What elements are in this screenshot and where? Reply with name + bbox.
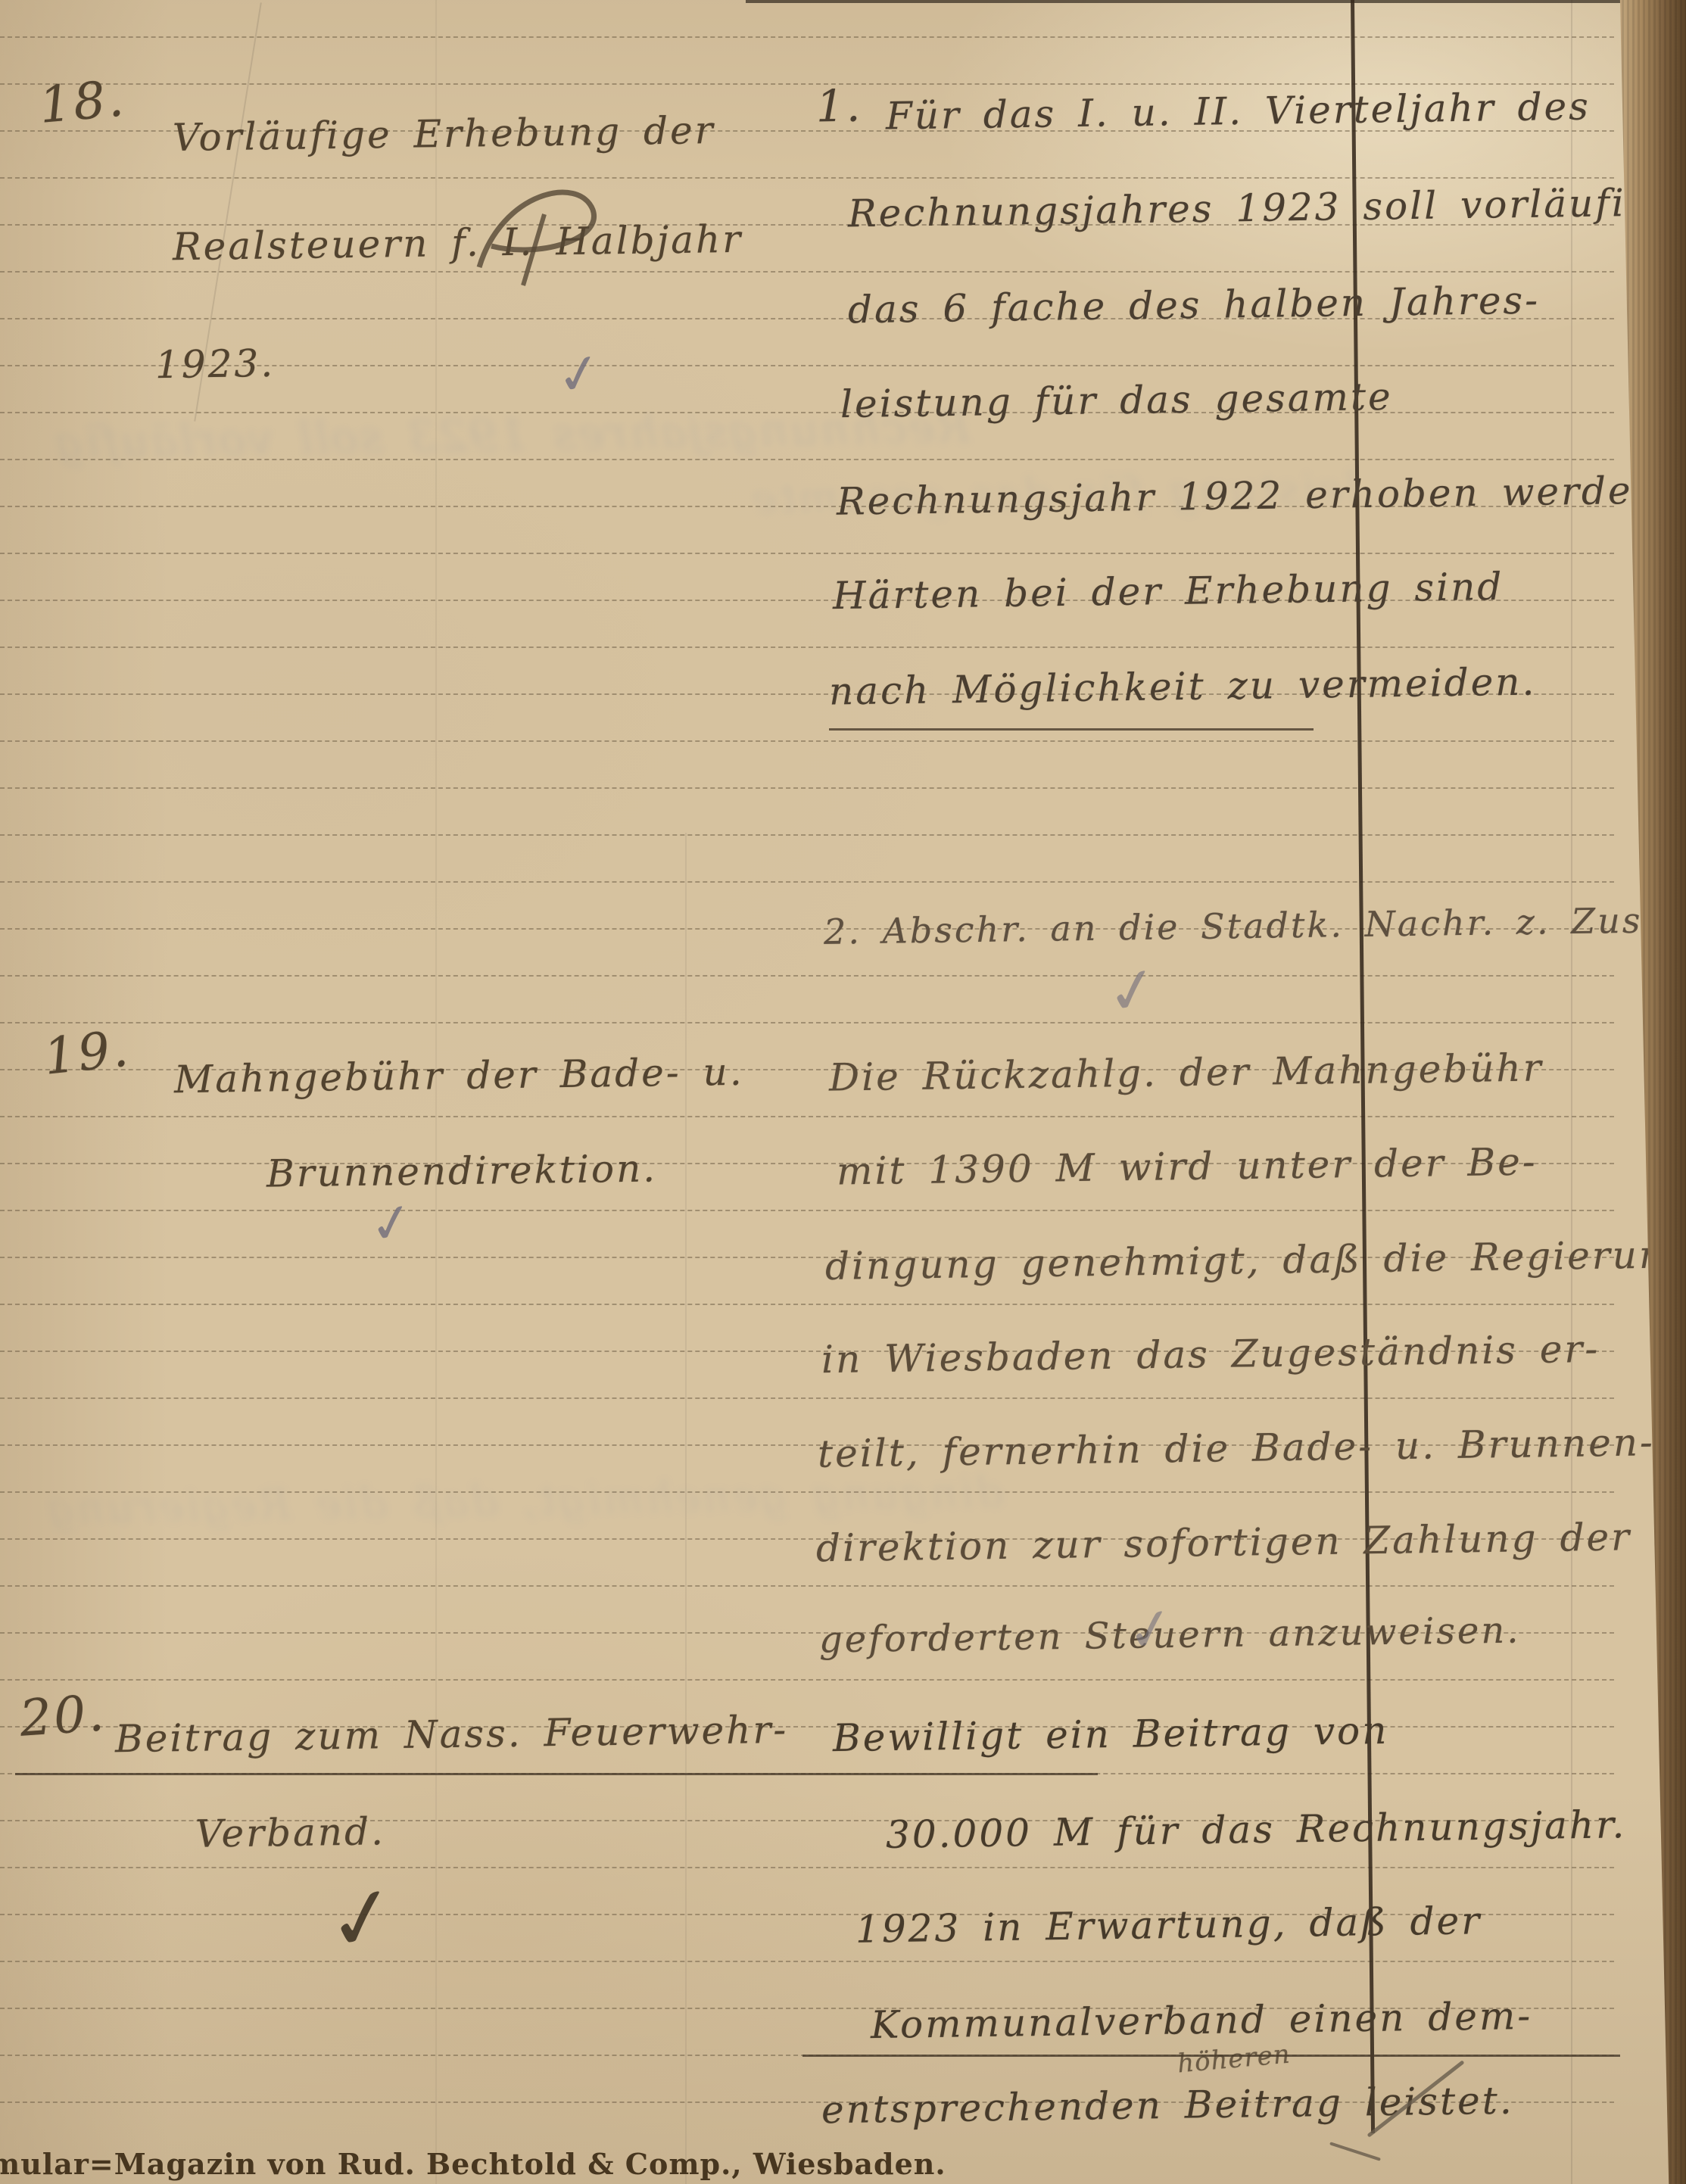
ruled-line	[0, 271, 1614, 273]
ledger-page: Rechnungsjahres 1923 soll vorläufig leis…	[0, 0, 1686, 2184]
ink-bleed-through: dingung genehmigt, daß die Regierung	[45, 1468, 1004, 1534]
ruled-line	[0, 1022, 1614, 1023]
entry-number: 20.	[17, 1684, 108, 1748]
subject-line: Mahngebühr der Bade- u.	[174, 1050, 744, 1102]
resolution-line: 1923 in Erwartung, daß der	[855, 1899, 1482, 1952]
approval-check-icon: ✓	[319, 1865, 406, 1974]
ruled-line	[0, 975, 1614, 977]
resolution-line: Die Rückzahlg. der Mahngebühr	[829, 1045, 1544, 1099]
ruled-line	[0, 646, 1614, 648]
subject-line: Brunnendirektion.	[266, 1146, 658, 1195]
approval-check-icon: ✓	[551, 338, 607, 409]
subject-line: Beitrag zum Nass. Feuerwehr-	[115, 1708, 789, 1761]
resolution-line: Kommunalverband einen dem-	[871, 1994, 1533, 2047]
ruled-line	[0, 787, 1614, 789]
ruled-line	[0, 36, 1614, 38]
resolution-line: das 6 fache des halben Jahres-	[848, 279, 1541, 332]
ruled-line	[0, 83, 1614, 85]
ruled-line	[0, 1585, 1614, 1587]
resolution-number: 1.	[816, 80, 863, 132]
ink-underline	[802, 2055, 1620, 2057]
ink-underline	[829, 728, 1314, 731]
resolution-line: Bewilligt ein Beitrag von	[833, 1709, 1389, 1760]
approval-check-icon: ✓	[364, 1189, 419, 1258]
ruled-line	[0, 881, 1614, 883]
approval-check-icon: ✓	[1101, 952, 1164, 1031]
ruled-line	[0, 1304, 1614, 1305]
ink-underline	[15, 1773, 1098, 1775]
subject-line: Vorläufige Erhebung der	[173, 108, 715, 160]
ruled-line	[0, 1397, 1614, 1399]
ruled-line	[0, 834, 1614, 836]
resolution-line: nach Möglichkeit zu vermeiden.	[829, 659, 1537, 713]
page-edge	[1611, 0, 1686, 2184]
footer-imprint: mular=Magazin von Rud. Bechtold & Comp.,…	[0, 2147, 946, 2181]
resolution-line: in Wiesbaden das Zugeständnis er-	[821, 1327, 1600, 1382]
ruled-line	[0, 177, 1614, 179]
resolution-line: 30.000 M für das Rechnungsjahr.	[886, 1802, 1627, 1857]
ruled-line	[0, 1116, 1614, 1117]
subject-line: Realsteuern f. I. Halbjahr	[173, 217, 743, 269]
ruled-line	[0, 1679, 1614, 1681]
resolution-line: direktion zur sofortigen Zahlung der an-	[816, 1514, 1686, 1571]
resolution-line: dingung genehmigt, daß die Regierung	[825, 1232, 1686, 1288]
header-rule	[746, 0, 1622, 3]
inserted-word: höheren	[1176, 2039, 1292, 2080]
resolution-line: Rechnungsjahres 1923 soll vorläufig	[848, 181, 1653, 236]
pencil-stroke	[1329, 2142, 1381, 2161]
entry-number: 18.	[37, 69, 128, 135]
resolution-line: leistung für das gesamte	[840, 375, 1393, 426]
paraph-flourish	[466, 170, 625, 291]
resolution-line: teilt, fernerhin die Bade- u. Brunnen-	[818, 1420, 1656, 1475]
subject-line: 1923.	[155, 341, 276, 387]
ruled-line	[0, 1210, 1614, 1211]
crease-line	[1571, 0, 1572, 2184]
subject-line: Verband.	[195, 1809, 386, 1855]
resolution-line: mit 1390 M wird unter der Be-	[837, 1140, 1538, 1194]
resolution-line: Härten bei der Erhebung sind	[833, 565, 1504, 618]
ruled-line	[0, 553, 1614, 554]
entry-number: 19.	[41, 1019, 132, 1086]
resolution-note-line: 2. Abschr. an die Stadtk. Nachr. z. Zust…	[824, 899, 1672, 952]
ruled-line	[0, 740, 1614, 742]
